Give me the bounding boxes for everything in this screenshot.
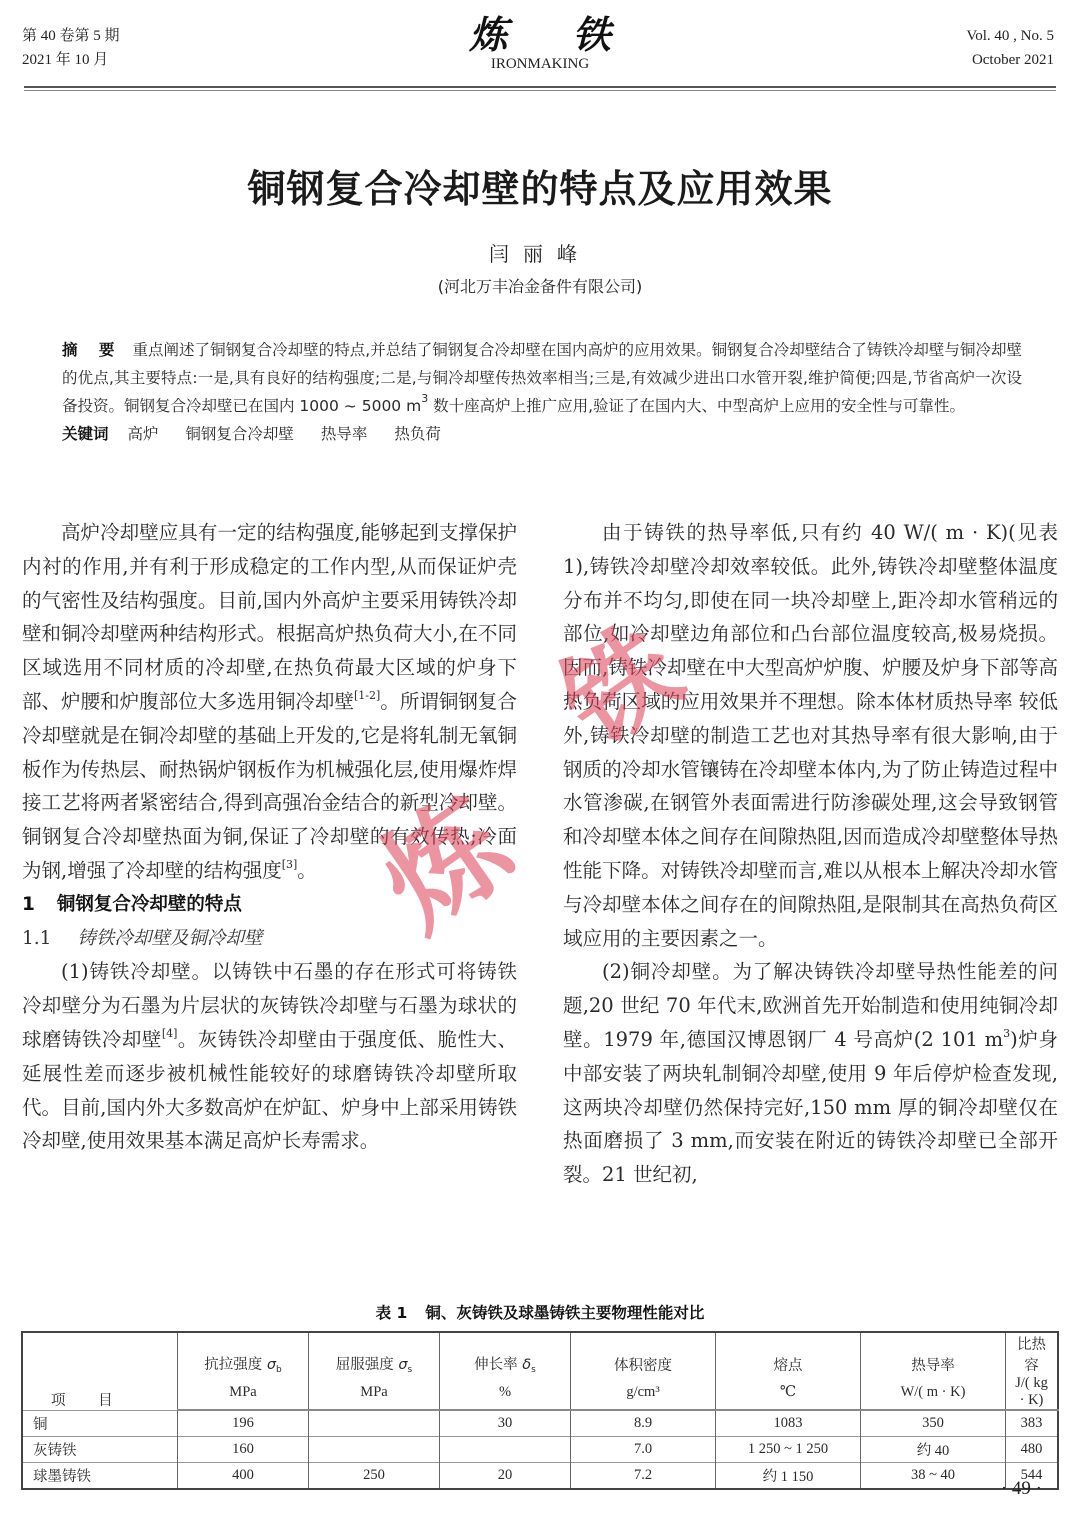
text-run: 。 [297,859,317,882]
keyword: 热负荷 [394,425,441,443]
text-run: 。所谓铜钢复合冷却壁就是在铜冷却壁的基础上开发的,它是将轧制无氧铜板作为传热层、… [22,690,517,882]
header-symbol: σ [267,1357,276,1373]
header-rule-thick [24,86,1056,88]
subsection-title: 铸铁冷却壁及铜冷却壁 [77,928,262,949]
table-cell: 383 [1006,1410,1059,1437]
page-number: · 49 · [1001,1478,1042,1500]
table-cell: 38 ~ 40 [861,1463,1006,1490]
abstract-paragraph: 摘 要重点阐述了铜钢复合冷却壁的特点,并总结了铜钢复合冷却壁在国内高炉的应用效果… [62,336,1022,420]
article-title: 铜钢复合冷却壁的特点及应用效果 [0,158,1080,213]
header-symbol: σ [398,1357,407,1373]
body-paragraph: (1)铸铁冷却壁。以铸铁中石墨的存在形式可将铸铁冷却壁分为石墨为片层状的灰铸铁冷… [22,955,517,1158]
table-title: 铜、灰铸铁及球墨铸铁主要物理性能对比 [425,1304,704,1322]
table-caption: 表 1铜、灰铸铁及球墨铸铁主要物理性能对比 [0,1301,1080,1323]
journal-name-en: IRONMAKING [0,56,1080,72]
abstract-label: 摘 要 [62,341,122,359]
author-name: 闫丽峰 [0,238,1080,267]
column-unit: MPa [178,1375,309,1410]
column-header-item: 项 目 [22,1332,178,1410]
row-label: 球墨铸铁 [22,1463,178,1490]
column-header: 伸长率 δs [440,1332,571,1375]
column-header: 抗拉强度 σb [178,1332,309,1375]
section-heading-1-1: 1.1铸铁冷却壁及铜冷却壁 [22,922,517,956]
citation-ref[interactable]: [3] [282,858,298,871]
body-column-left: 高炉冷却壁应具有一定的结构强度,能够起到支撑保护内衬的作用,并有利于形成稳定的工… [22,516,517,1158]
table-cell: 约 1 150 [716,1463,861,1490]
text-run: 高炉冷却壁应具有一定的结构强度,能够起到支撑保护内衬的作用,并有利于形成稳定的工… [22,521,517,713]
volume-issue-en: Vol. 40 , No. 5 [966,24,1054,48]
journal-name-cn: 炼 铁 [26,14,1080,56]
body-paragraph: 高炉冷却壁应具有一定的结构强度,能够起到支撑保护内衬的作用,并有利于形成稳定的工… [22,516,517,888]
table-cell: 160 [178,1437,309,1463]
table-cell: 350 [861,1410,1006,1437]
body-paragraph: (2)铜冷却壁。为了解决铸铁冷却壁导热性能差的问题,20 世纪 70 年代末,欧… [563,955,1058,1192]
table-number: 表 1 [376,1304,408,1322]
keyword: 热导率 [321,425,368,443]
properties-table: 项 目 抗拉强度 σb 屈服强度 σs 伸长率 δs 体积密度 熔点 热导率 比… [21,1331,1059,1490]
table-cell [309,1437,440,1463]
table-cell: 7.0 [571,1437,716,1463]
table-cell: 8.9 [571,1410,716,1437]
keywords-line: 关键词 高炉 铜钢复合冷却壁 热导率 热负荷 [62,420,1022,448]
body-paragraph: 由于铸铁的热导率低,只有约 40 W/( m · K)(见表 1),铸铁冷却壁冷… [563,516,1058,955]
header-subscript: s [531,1365,536,1375]
column-header: 体积密度 [571,1332,716,1375]
row-label: 铜 [22,1410,178,1437]
section-title: 铜钢复合冷却壁的特点 [57,894,242,915]
row-label: 灰铸铁 [22,1437,178,1463]
keyword: 铜钢复合冷却壁 [185,425,294,443]
table-cell: 20 [440,1463,571,1490]
column-unit: MPa [309,1375,440,1410]
header-label: 屈服强度 [336,1357,399,1373]
column-unit: g/cm³ [571,1375,716,1410]
table-cell: 1 250 ~ 1 250 [716,1437,861,1463]
journal-masthead: 炼 铁 IRONMAKING [0,14,1080,72]
header-subscript: b [276,1365,282,1375]
date-en: October 2021 [966,48,1054,72]
table-cell: 约 40 [861,1437,1006,1463]
text-run: )炉身中部安装了两块轧制铜冷却壁,使用 9 年后停炉检查发现,这两块冷却壁仍然保… [563,1028,1058,1186]
issue-info-en: Vol. 40 , No. 5 October 2021 [966,24,1054,72]
section-heading-1: 1铜钢复合冷却壁的特点 [22,888,517,922]
table-header-row: 项 目 抗拉强度 σb 屈服强度 σs 伸长率 δs 体积密度 熔点 热导率 比… [22,1332,1058,1375]
column-header: 熔点 [716,1332,861,1375]
column-unit: J/( kg · K) [1006,1375,1059,1410]
column-header: 热导率 [861,1332,1006,1375]
table-row: 铜 196 30 8.9 1083 350 383 [22,1410,1058,1437]
table-unit-row: MPa MPa % g/cm³ ℃ W/( m · K) J/( kg · K) [22,1375,1058,1410]
header-label: 伸长率 [474,1357,522,1373]
table-cell: 30 [440,1410,571,1437]
keywords-label: 关键词 [62,425,109,443]
header-symbol: δ [522,1357,531,1373]
table-cell [440,1437,571,1463]
section-number: 1 [22,894,35,915]
citation-ref[interactable]: [1-2] [354,689,380,702]
table-cell: 1083 [716,1410,861,1437]
author-affiliation: (河北万丰冶金备件有限公司) [0,274,1080,297]
header-label: 抗拉强度 [204,1357,267,1373]
table-cell: 480 [1006,1437,1059,1463]
table-cell: 400 [178,1463,309,1490]
table-cell: 196 [178,1410,309,1437]
table-row: 球墨铸铁 400 250 20 7.2 约 1 150 38 ~ 40 544 [22,1463,1058,1490]
header-rule-thin [24,90,1056,91]
table-cell [309,1410,440,1437]
subsection-number: 1.1 [22,928,51,949]
table-cell: 7.2 [571,1463,716,1490]
abstract-block: 摘 要重点阐述了铜钢复合冷却壁的特点,并总结了铜钢复合冷却壁在国内高炉的应用效果… [62,336,1022,448]
abstract-text-tail: 数十座高炉上推广应用,验证了在国内大、中型高炉上应用的安全性与可靠性。 [428,397,965,415]
column-unit: W/( m · K) [861,1375,1006,1410]
column-header: 比热容 [1006,1332,1059,1375]
column-header: 屈服强度 σs [309,1332,440,1375]
keyword: 高炉 [127,425,158,443]
table-row: 灰铸铁 160 7.0 1 250 ~ 1 250 约 40 480 [22,1437,1058,1463]
table-cell: 250 [309,1463,440,1490]
column-unit: % [440,1375,571,1410]
header-subscript: s [408,1365,413,1375]
column-unit: ℃ [716,1375,861,1410]
text-run: (2)铜冷却壁。为了解决铸铁冷却壁导热性能差的问题,20 世纪 70 年代末,欧… [563,960,1058,1051]
citation-ref[interactable]: [4] [162,1027,178,1040]
body-column-right: 由于铸铁的热导率低,只有约 40 W/( m · K)(见表 1),铸铁冷却壁冷… [563,516,1058,1192]
